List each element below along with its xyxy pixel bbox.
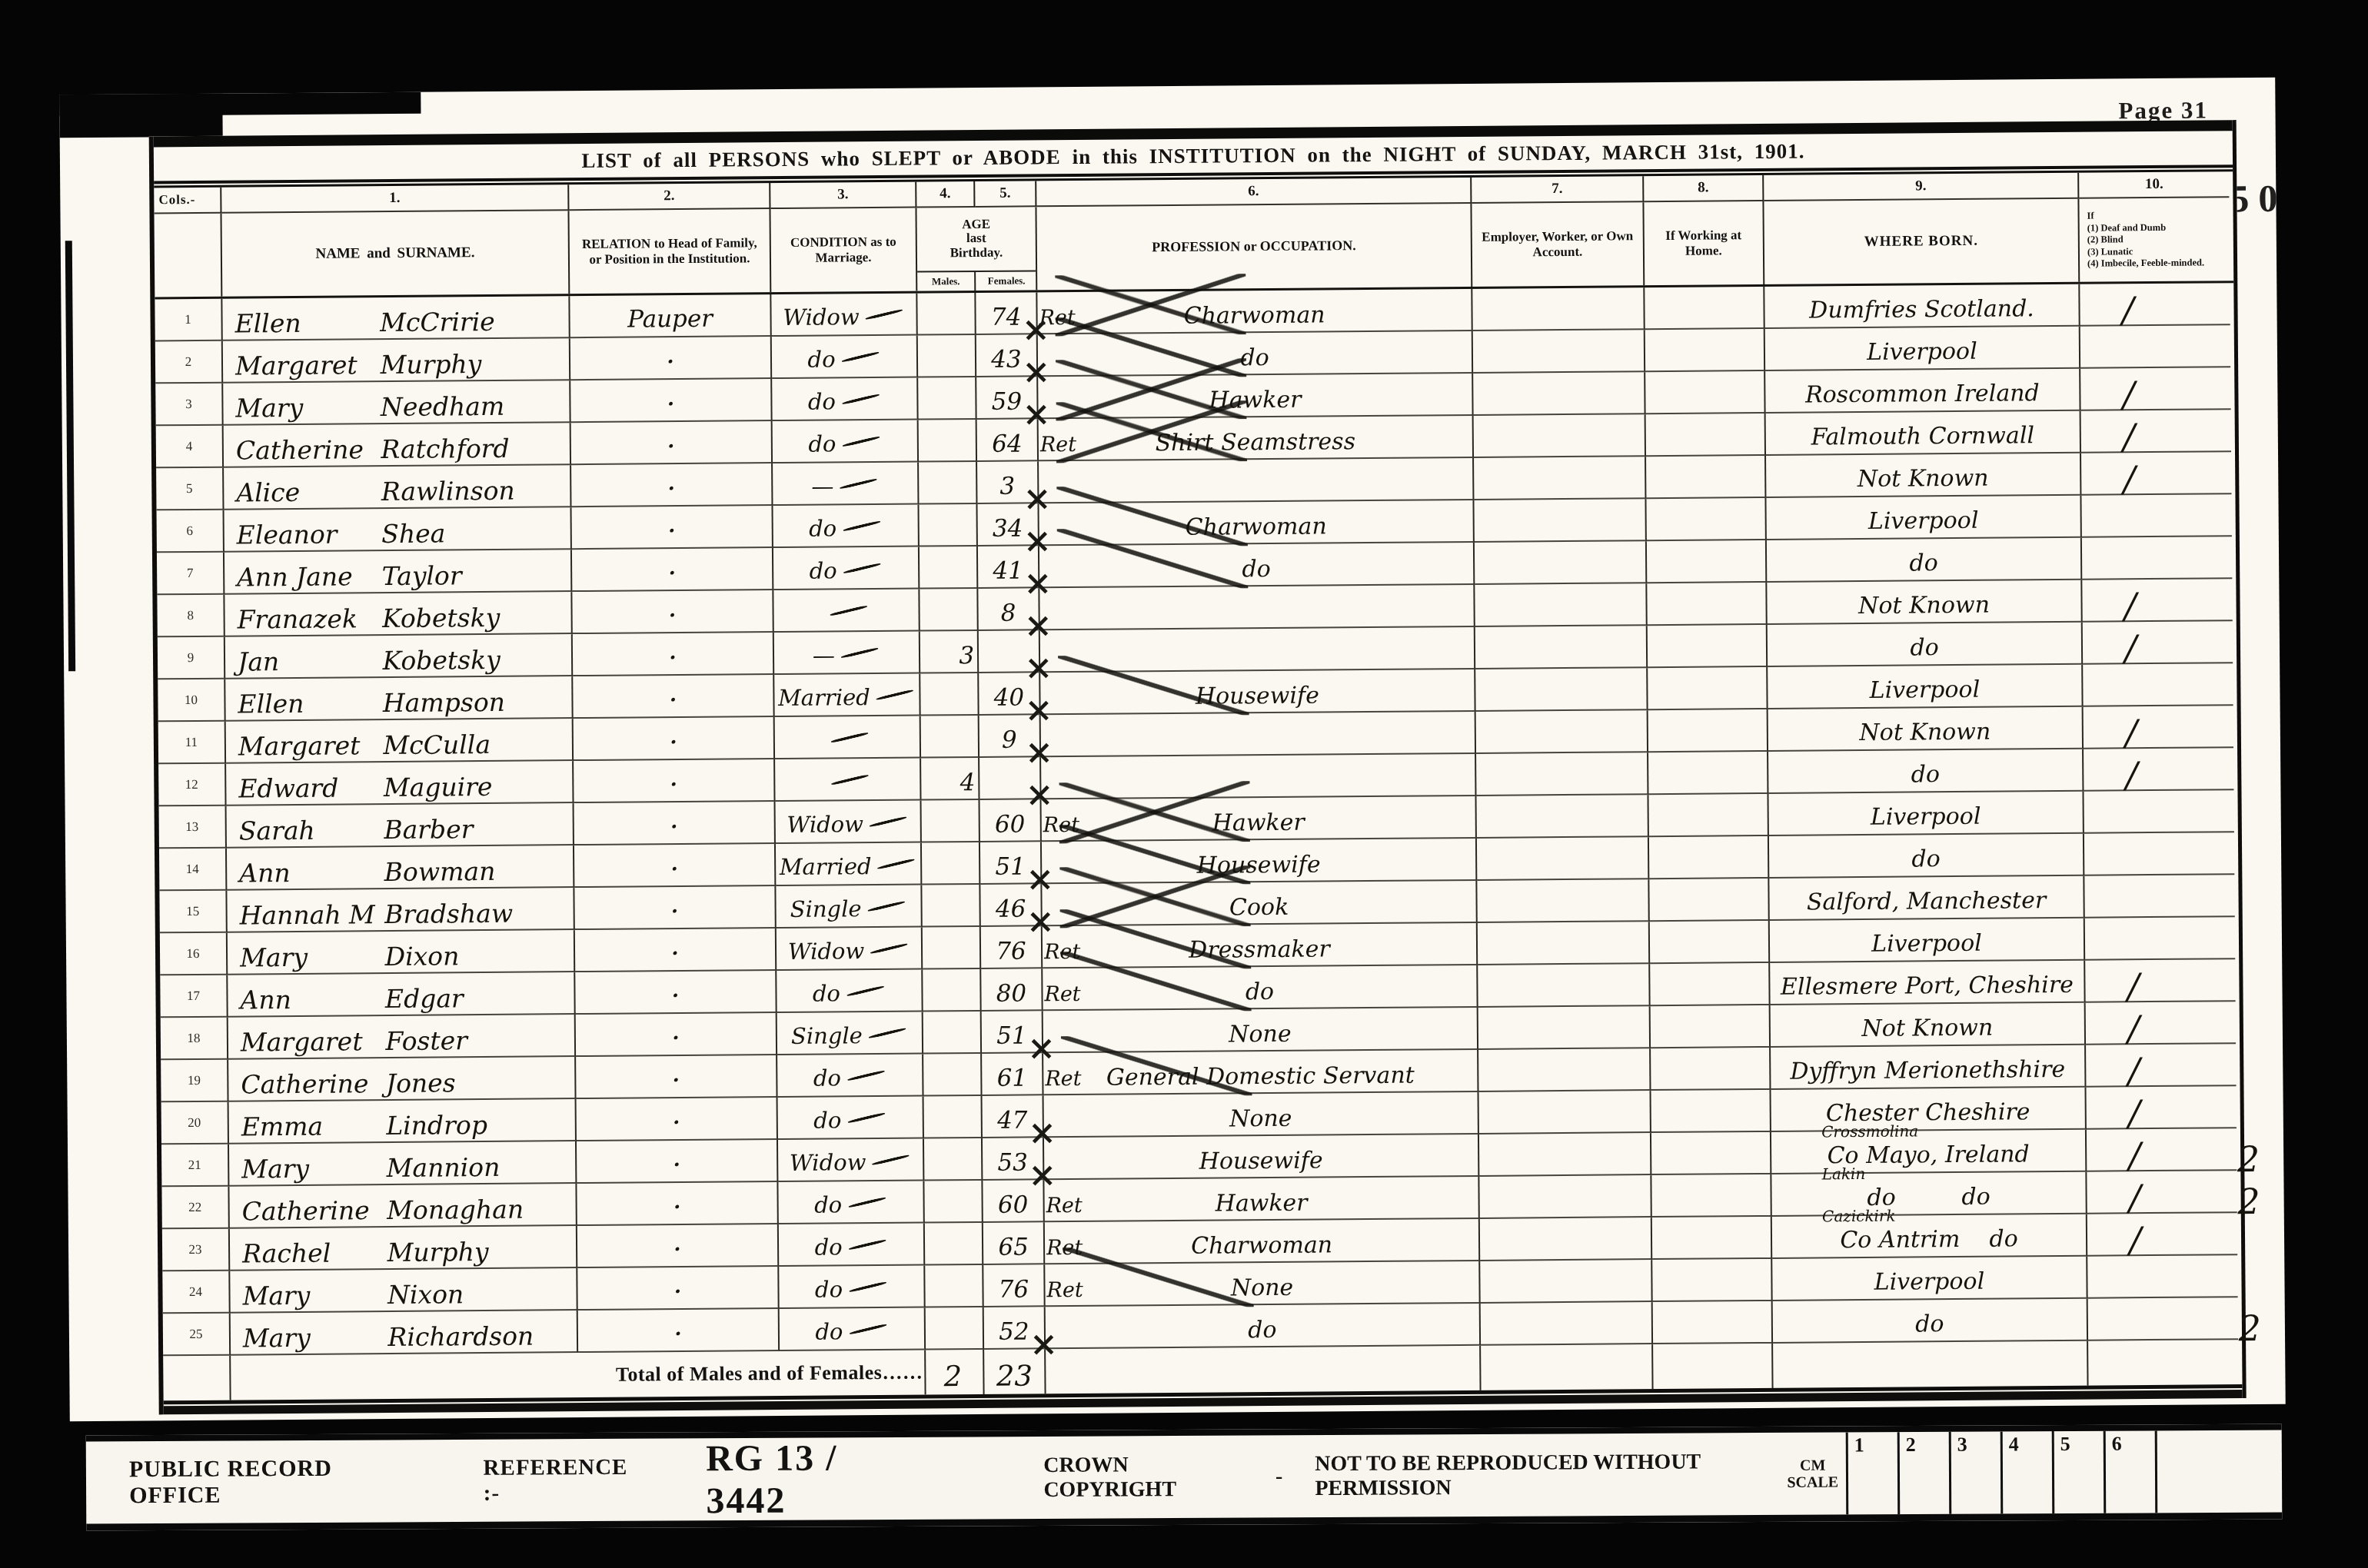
surname: Maguire	[381, 771, 573, 802]
surname: Edgar	[382, 982, 574, 1014]
employer-cell	[1474, 499, 1646, 543]
header-age-label: AGE last Birthday.	[950, 208, 1003, 271]
col-number-5: 5.	[975, 181, 1036, 208]
row-number: 18	[161, 1018, 228, 1061]
profession-value: Housewife	[1197, 851, 1321, 879]
name-cell: MaryDixon	[228, 930, 575, 975]
employer-cell	[1480, 1260, 1652, 1304]
employer-cell	[1481, 1302, 1653, 1346]
profession-cell: None	[1044, 1092, 1479, 1138]
scale-box-3: 3	[1951, 1431, 2004, 1513]
condition-cell: do	[777, 970, 923, 1013]
age-males-cell	[919, 504, 977, 547]
total-label: Total of Males and of Females……	[231, 1350, 926, 1400]
employer-cell	[1476, 795, 1648, 839]
col-number-3: 3.	[770, 182, 916, 209]
profession-value: Dressmaker	[1189, 935, 1330, 963]
working-home-cell	[1646, 498, 1766, 541]
working-home-cell	[1647, 540, 1767, 583]
condition-value: do	[808, 430, 836, 457]
profession-value: Housewife	[1196, 682, 1319, 709]
name-cell: CatherineRatchford	[224, 423, 571, 468]
header-age-sub: Males. Females.	[917, 270, 1036, 291]
condition-cell: do	[777, 1055, 923, 1098]
profession-cell	[1039, 458, 1474, 503]
profession-cell	[1041, 712, 1476, 757]
check-x-mark: ×	[1024, 609, 1053, 643]
given-name: Catherine	[230, 1195, 384, 1227]
given-name: Eleanor	[224, 519, 379, 550]
header-profession: PROFESSION or OCCUPATION.	[1036, 204, 1472, 290]
profession-value: do	[1246, 978, 1275, 1005]
name-cell: Ann JaneTaylor	[224, 550, 572, 595]
tally-slash-mark: ∕	[2128, 1095, 2140, 1131]
condition-cell: do	[778, 1097, 924, 1140]
relation-cell: .	[572, 590, 773, 634]
name-cell: AnnBowman	[227, 845, 574, 891]
condition-value: do	[808, 388, 836, 414]
where-born-value: Dyffryn Merionethshire	[1790, 1056, 2065, 1085]
condition-cell: do	[779, 1266, 925, 1309]
pen-flourish	[872, 1154, 910, 1166]
name-cell: EllenHampson	[225, 676, 573, 722]
where-born-value: Salford, Manchester	[1807, 887, 2046, 915]
infirmity-cell: ∕	[2084, 748, 2233, 792]
where-born-value: Liverpool	[1868, 507, 1979, 535]
header-age-females: Females.	[976, 271, 1037, 291]
profession-cell: RetShirt Seamstress	[1039, 416, 1474, 461]
relation-cell: .	[577, 1140, 778, 1184]
surname: Kobetsky	[379, 602, 571, 633]
name-cell: MargaretMurphy	[223, 338, 570, 384]
profession-cell: None	[1043, 1008, 1478, 1053]
relation-cell: .	[578, 1309, 780, 1353]
working-home-cell	[1648, 667, 1768, 710]
given-name: Franazek	[224, 603, 379, 635]
employer-cell	[1476, 710, 1648, 754]
employer-cell	[1474, 414, 1646, 458]
given-name: Jan	[225, 646, 380, 677]
pen-flourish	[848, 1197, 886, 1209]
surname: Barber	[381, 813, 573, 845]
age-males-cell	[920, 589, 978, 632]
where-born-cell: Chester Cheshire	[1771, 1088, 2087, 1132]
row-number: 24	[162, 1271, 230, 1314]
working-home-cell	[1648, 625, 1768, 668]
where-born-value: Not Known	[1858, 592, 1990, 620]
profession-cell: do	[1038, 331, 1473, 377]
relation-cell: .	[574, 886, 776, 930]
pen-flourish	[846, 1070, 885, 1082]
condition-cell: Widow	[778, 1139, 924, 1182]
age-males-cell: 3	[920, 631, 979, 674]
col-number-1: 1.	[221, 184, 569, 214]
where-born-value: Liverpool	[1870, 676, 1981, 704]
pen-flourish	[847, 1112, 886, 1125]
infirmity-cell	[2081, 494, 2231, 538]
employer-cell	[1478, 1048, 1651, 1092]
where-born-cell: Dyffryn Merionethshire	[1771, 1045, 2086, 1090]
profession-value: Hawker	[1212, 809, 1305, 837]
relation-cell: Pauper	[570, 294, 771, 338]
scale-box-end	[2157, 1430, 2273, 1513]
scale-box-2: 2	[1900, 1432, 1952, 1514]
where-born-cell: Liverpool	[1768, 665, 2083, 709]
profession-cell: do	[1039, 543, 1475, 588]
surname: Nixon	[384, 1278, 577, 1310]
where-born-note: Cazickirk	[1822, 1207, 1896, 1226]
where-born-cell: Lakindo do	[1771, 1172, 2087, 1217]
working-home-cell	[1645, 287, 1764, 330]
surname: Ratchford	[377, 433, 570, 464]
pen-flourish	[848, 1239, 886, 1251]
where-born-cell: do	[1773, 1299, 2088, 1344]
age-males-cell	[922, 842, 980, 885]
surname: Bradshaw	[381, 898, 574, 929]
pen-flourish	[868, 1027, 906, 1039]
profession-value: Housewife	[1199, 1147, 1323, 1174]
check-x-mark: ×	[1028, 1116, 1056, 1150]
given-name: Ellen	[222, 307, 377, 339]
check-x-mark: ×	[1023, 524, 1052, 558]
check-x-mark: ×	[1024, 651, 1053, 685]
where-born-value: Not Known	[1859, 719, 1991, 746]
tally-slash-mark: ∕	[2129, 1138, 2141, 1173]
crown-copyright-label: CROWN COPYRIGHT	[1043, 1452, 1243, 1502]
name-cell: MaryNixon	[230, 1268, 577, 1314]
tally-two-mark: 2	[2238, 1311, 2261, 1346]
row-number: 17	[160, 975, 228, 1018]
profession-cell	[1039, 585, 1475, 630]
check-x-mark: ×	[1022, 313, 1050, 347]
row-number: 1	[155, 299, 222, 342]
relation-cell: .	[572, 548, 773, 592]
working-home-cell	[1650, 921, 1770, 964]
relation-cell: .	[570, 337, 772, 380]
pen-flourish	[830, 732, 869, 744]
tally-two-mark: 2	[2237, 1184, 2260, 1219]
row-number: 15	[159, 891, 227, 934]
condition-value: Widow	[787, 811, 863, 838]
profession-cell: RetHawker	[1044, 1177, 1479, 1222]
relation-cell: .	[574, 802, 776, 845]
row-number: 4	[156, 426, 224, 469]
condition-cell: do	[773, 420, 919, 463]
condition-cell	[775, 716, 921, 759]
infirmity-cell	[2084, 832, 2234, 876]
where-born-cell: Dumfries Scotland.	[1764, 284, 2080, 329]
condition-value: Widow	[790, 1149, 866, 1176]
tally-slash-mark: ∕	[2127, 968, 2140, 1004]
given-name: Catherine	[224, 434, 378, 466]
relation-cell: .	[573, 675, 774, 719]
condition-value: Widow	[783, 304, 860, 331]
retired-prefix: Ret	[1045, 1067, 1081, 1091]
age-males-cell	[924, 1096, 983, 1139]
age-males-cell	[926, 1307, 984, 1350]
age-males-cell	[925, 1265, 983, 1308]
pen-flourish	[848, 1281, 886, 1294]
header-name: NAME and SURNAME.	[221, 211, 570, 297]
surname: McCririe	[377, 306, 569, 337]
col-number-10: 10.	[2079, 171, 2229, 199]
retired-prefix: Ret	[1046, 1278, 1083, 1302]
employer-cell	[1473, 372, 1645, 416]
header-cols-spacer	[154, 214, 222, 297]
row-number: 7	[157, 553, 224, 596]
surname: Jones	[383, 1067, 575, 1098]
working-home-cell	[1651, 1048, 1771, 1091]
condition-value: Single	[790, 895, 862, 922]
condition-cell: Married	[774, 674, 920, 717]
where-born-value: Not Known	[1861, 1015, 1993, 1042]
relation-cell: .	[576, 1013, 777, 1057]
name-cell: AliceRawlinson	[224, 465, 571, 510]
row-number: 22	[161, 1187, 229, 1230]
where-born-cell: Ellesmere Port, Cheshire	[1770, 961, 2085, 1005]
surname: Taylor	[379, 560, 571, 591]
working-home-cell	[1651, 1174, 1771, 1218]
relation-cell: .	[574, 844, 776, 888]
row-number: 13	[159, 806, 227, 849]
relation-cell: .	[577, 1224, 779, 1268]
where-born-cell: do	[1769, 834, 2084, 879]
relation-cell: .	[574, 759, 775, 803]
row-number: 9	[158, 637, 225, 680]
working-home-cell	[1649, 836, 1769, 879]
given-name: Alice	[224, 477, 378, 508]
condition-value: do	[814, 1191, 842, 1218]
infirmity-cell	[2085, 917, 2235, 961]
retired-prefix: Ret	[1044, 982, 1080, 1006]
document-page: Page 31 50 17 LIST of all PERSONS who SL…	[59, 78, 2285, 1422]
row-number: 2	[155, 341, 223, 384]
profession-cell: Retdo	[1043, 965, 1478, 1011]
name-cell: RachelMurphy	[230, 1226, 577, 1271]
name-cell: Hannah MBradshaw	[227, 888, 574, 933]
condition-value: do	[814, 1234, 842, 1260]
working-home-cell	[1645, 371, 1765, 414]
condition-cell	[773, 590, 920, 633]
age-males-cell	[920, 673, 979, 716]
row-number: 6	[157, 510, 224, 553]
retired-prefix: Ret	[1044, 940, 1080, 964]
row-number: 11	[158, 722, 226, 765]
given-name: Mary	[231, 1322, 385, 1354]
infirmity-cell	[2087, 1255, 2237, 1299]
row-number: 10	[158, 679, 225, 723]
name-cell: EllenMcCririe	[222, 296, 570, 341]
infirmity-cell	[2082, 537, 2232, 580]
age-males-cell	[923, 1054, 982, 1097]
tally-slash-mark: ∕	[2125, 715, 2137, 750]
where-born-value: Ellesmere Port, Cheshire	[1781, 972, 2074, 1001]
where-born-cell: do	[1767, 538, 2082, 583]
infirmity-cell: ∕2	[2087, 1128, 2237, 1172]
given-name: Sarah	[227, 815, 381, 846]
given-name: Margaret	[223, 350, 377, 381]
profession-value: do	[1240, 344, 1269, 371]
age-females-cell: 51×	[980, 842, 1042, 885]
header-working-home: If Working at Home.	[1644, 201, 1764, 285]
infirmity-cell: ∕2	[2087, 1171, 2237, 1214]
relation-cell: .	[572, 506, 773, 550]
working-home-cell	[1652, 1259, 1772, 1302]
age-males-cell	[923, 927, 981, 970]
where-born-value: Falmouth Cornwall	[1811, 422, 2034, 450]
age-males-cell	[924, 1181, 983, 1224]
scan-edge-shadow	[65, 241, 75, 671]
condition-value: Married	[778, 684, 870, 711]
profession-cell: RetGeneral Domestic Servant	[1043, 1050, 1478, 1095]
age-males-cell	[924, 1138, 983, 1181]
row-number: 21	[161, 1144, 229, 1188]
where-born-value: Liverpool	[1871, 803, 1981, 831]
where-born-cell: Liverpool	[1770, 919, 2085, 963]
name-cell: EleanorShea	[224, 507, 572, 553]
check-x-mark: ×	[1025, 778, 1053, 812]
employer-cell	[1474, 457, 1646, 500]
condition-cell: Single	[777, 1012, 923, 1055]
name-cell: FranazekKobetsky	[224, 592, 572, 637]
age-females-cell: 76	[983, 1264, 1045, 1307]
pen-flourish	[840, 478, 878, 490]
surname: Needham	[377, 390, 570, 422]
name-cell: EmmaLindrop	[229, 1099, 577, 1144]
retired-prefix: Ret	[1043, 813, 1079, 837]
name-cell: MaryRichardson	[231, 1311, 578, 1356]
working-home-cell	[1646, 456, 1766, 499]
condition-value: do	[815, 1318, 843, 1344]
where-born-value: do	[1911, 761, 1941, 788]
folio-stamp: 50	[2230, 176, 2287, 221]
tally-slash-mark: ∕	[2129, 1180, 2141, 1215]
infirmity-cell: ∕	[2086, 1044, 2236, 1088]
profession-value: do	[1242, 556, 1271, 583]
age-males-cell	[922, 885, 980, 928]
employer-cell	[1475, 668, 1648, 712]
where-born-cell: Not Known	[1767, 580, 2082, 625]
working-home-cell	[1648, 709, 1768, 752]
age-females-cell: 52×	[984, 1307, 1046, 1350]
where-born-cell: Liverpool	[1772, 1257, 2087, 1301]
total-empty-cell	[1773, 1341, 2088, 1388]
pen-flourish	[840, 647, 879, 659]
tally-slash-mark: ∕	[2123, 377, 2135, 412]
profession-cell: Housewife	[1040, 669, 1475, 715]
where-born-value: do	[1910, 634, 1939, 661]
given-name: Mary	[230, 1280, 384, 1311]
employer-cell	[1480, 1218, 1652, 1261]
relation-cell: .	[574, 717, 775, 761]
working-home-cell	[1651, 1005, 1771, 1048]
condition-cell: do	[779, 1224, 925, 1267]
infirmity-cell: ∕	[2080, 283, 2230, 327]
col-number-2: 2.	[569, 183, 770, 211]
condition-value: do	[813, 980, 840, 1006]
header-where-born: WHERE BORN.	[1764, 199, 2080, 284]
pen-flourish	[877, 858, 916, 870]
profession-cell: Housewife	[1044, 1134, 1479, 1180]
working-home-cell	[1649, 879, 1769, 922]
row-number: 20	[161, 1102, 229, 1145]
row-number: 19	[161, 1060, 228, 1103]
employer-cell	[1477, 837, 1649, 881]
surname: Monaghan	[384, 1194, 576, 1225]
surname: Murphy	[377, 348, 569, 380]
where-born-cell: Falmouth Cornwall	[1766, 411, 2081, 456]
check-x-mark: ×	[1025, 736, 1053, 769]
row-number: 12	[158, 764, 226, 807]
condition-value: —	[813, 642, 835, 668]
total-empty-cell	[1046, 1346, 1481, 1394]
where-born-cell: Liverpool	[1768, 792, 2084, 836]
condition-cell: —	[774, 632, 920, 675]
where-born-cell: do	[1768, 623, 2083, 667]
age-females-cell: 47×	[983, 1095, 1044, 1138]
surname: Bowman	[381, 855, 574, 887]
relation-cell: .	[577, 1182, 778, 1226]
age-males-cell	[920, 546, 978, 590]
age-females-cell: 74×	[976, 292, 1037, 335]
working-home-cell	[1648, 752, 1768, 795]
reproduction-notice: NOT TO BE REPRODUCED WITHOUT PERMISSION	[1315, 1449, 1787, 1500]
row-number: 25	[163, 1314, 231, 1357]
profession-value: Hawker	[1209, 387, 1301, 414]
scanned-census-page: Page 31 50 17 LIST of all PERSONS who SL…	[0, 0, 2368, 1568]
infirmity-cell: ∕	[2086, 1002, 2236, 1045]
row-number: 3	[155, 384, 223, 427]
age-males-cell: 4	[921, 758, 979, 801]
condition-value: do	[815, 1276, 843, 1302]
row-number: 16	[160, 933, 228, 976]
header-age: AGE last Birthday. Males. Females.	[916, 207, 1037, 291]
given-name: Ellen	[225, 688, 380, 719]
infirmity-cell: ∕	[2085, 959, 2235, 1003]
employer-cell	[1473, 330, 1645, 374]
profession-value: Charwoman	[1183, 301, 1325, 329]
total-empty-cell	[2088, 1340, 2238, 1386]
profession-value: Shirt Seamstress	[1156, 428, 1356, 457]
where-born-value: Liverpool	[1874, 1268, 1985, 1296]
surname: Murphy	[384, 1236, 576, 1267]
profession-value: Charwoman	[1186, 513, 1327, 540]
infirmity-cell: ∕	[2087, 1213, 2237, 1257]
name-cell: JanKobetsky	[225, 634, 573, 679]
employer-cell	[1475, 626, 1648, 669]
where-born-value: Liverpool	[1871, 930, 1982, 958]
relation-cell: .	[571, 463, 773, 507]
age-females-cell: 51×	[982, 1011, 1043, 1054]
age-males-cell	[921, 716, 979, 759]
employer-cell	[1478, 922, 1650, 965]
check-x-mark: ×	[1026, 905, 1055, 938]
total-males-value: 2	[926, 1350, 984, 1395]
where-born-cell: Not Known	[1768, 707, 2084, 752]
pen-flourish	[867, 900, 906, 912]
working-home-cell	[1645, 329, 1765, 372]
condition-cell: do	[778, 1181, 924, 1224]
total-empty-cell	[1653, 1344, 1773, 1389]
given-name: Ann	[227, 857, 381, 889]
condition-value: do	[807, 346, 835, 372]
infirmity-cell: ∕	[2081, 452, 2231, 496]
pen-flourish	[876, 689, 914, 701]
where-born-value: do	[1911, 845, 1941, 872]
given-name: Margaret	[226, 730, 381, 762]
pen-flourish	[870, 942, 909, 955]
employer-cell	[1475, 583, 1647, 627]
